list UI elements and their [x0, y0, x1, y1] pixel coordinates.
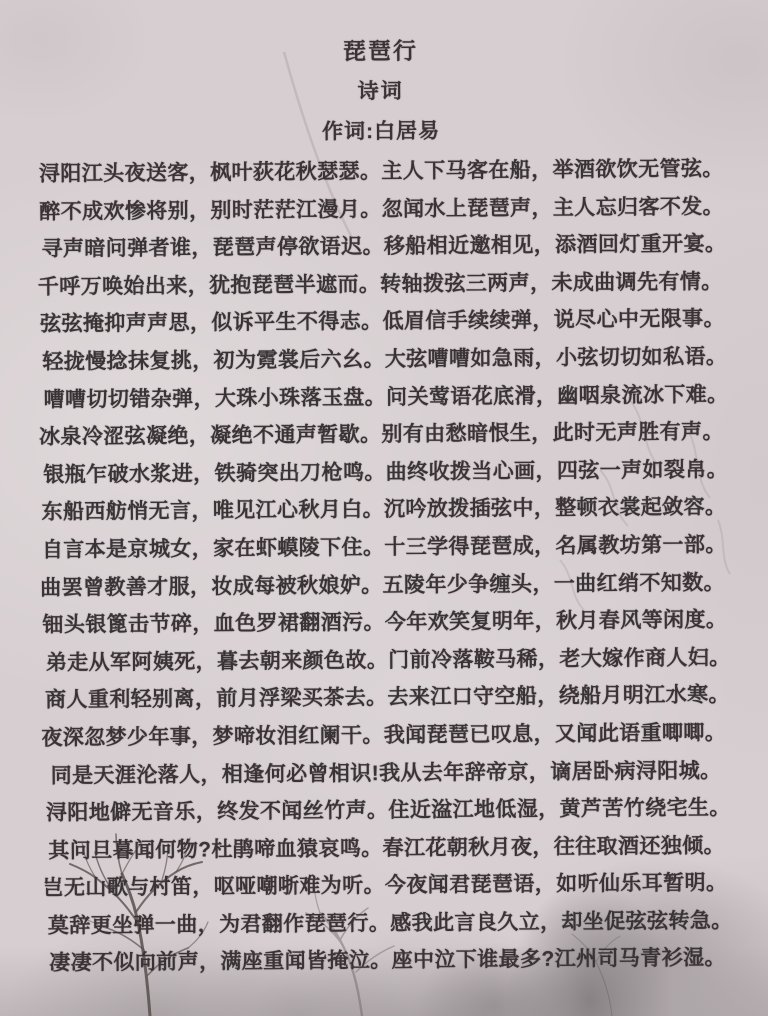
- poem-line: 东船西舫悄无言，唯见江心秋月白。沉吟放拨插弦中，整顿衣裳起敛容。: [0, 488, 768, 532]
- poem-title: 琵琶行: [0, 28, 765, 74]
- poem-line: 浔阳地僻无音乐，终发不闻丝竹声。住近湓江地低湿，黄芦苦竹绕宅生。: [4, 789, 768, 833]
- poem-line: 醉不成欢惨将别，别时茫茫江漫月。忽闻水上琵琶声，主人忘归客不发。: [0, 188, 766, 232]
- poem-content: 琵琶行 诗词 作词:白居易 浔阳江头夜送客，枫叶荻花秋瑟瑟。主人下马客在船，举酒…: [0, 0, 768, 1016]
- poem-line: 商人重利轻别离，前月浮梁买茶去。去来江口守空船，绕船月明江水寒。: [3, 676, 768, 720]
- poem-line: 浔阳江头夜送客，枫叶荻花秋瑟瑟。主人下马客在船，举酒欲饮无管弦。: [0, 150, 765, 194]
- poem-author: 作词:白居易: [0, 109, 765, 154]
- poem-line: 曲罢曾教善才服，妆成每被秋娘妒。五陵年少争缠头，一曲红绡不知数。: [0, 564, 767, 608]
- poem-line: 凄凄不似向前声，满座重闻皆掩泣。座中泣下谁最多?江州司马青衫湿。: [3, 939, 768, 983]
- poem-line: 冰泉冷涩弦凝绝，凝绝不通声暂歇。别有由愁暗恨生，此时无声胜有声。: [0, 413, 766, 457]
- poem-body: 浔阳江头夜送客，枫叶荻花秋瑟瑟。主人下马客在船，举酒欲饮无管弦。醉不成欢惨将别，…: [0, 150, 768, 983]
- poem-line: 钿头银篦击节碎，血色罗裙翻酒污。今年欢笑复明年，秋月春风等闲度。: [1, 601, 768, 645]
- poem-line: 同是天涯沦落人，相逢何必曾相识!我从去年辞帝京，谪居卧病浔阳城。: [2, 751, 768, 795]
- poem-line: 寻声暗问弹者谁，琵琶声停欲语迟。移船相近邀相见，添酒回灯重开宴。: [0, 225, 768, 269]
- poem-line: 夜深忽梦少年事，梦啼妆泪红阑干。我闻琵琶已叹息，又闻此语重唧唧。: [0, 714, 768, 758]
- poem-line: 其问旦暮闻何物?杜鹃啼血猿哀鸣。春江花朝秋月夜，往往取酒还独倾。: [3, 827, 768, 871]
- poem-line: 弦弦掩抑声声思，似诉平生不得志。低眉信手续续弹，说尽心中无限事。: [0, 300, 767, 344]
- poem-subtitle: 诗词: [0, 68, 765, 115]
- poem-line: 银瓶乍破水浆进，铁骑突出刀枪鸣。曲终收拨当心画，四弦一声如裂帛。: [2, 451, 768, 495]
- poem-header: 琵琶行 诗词 作词:白居易: [0, 0, 765, 154]
- poem-line: 莫辞更坐弹一曲，为君翻作琵琶行。感我此言良久立，却坐促弦弦转急。: [6, 902, 768, 946]
- poem-page: 琵琶行 诗词 作词:白居易 浔阳江头夜送客，枫叶荻花秋瑟瑟。主人下马客在船，举酒…: [0, 0, 768, 1016]
- poem-line: 岂无山歌与村笛，呕哑嘲哳难为听。今夜闻君琵琶语，如听仙乐耳暂明。: [1, 864, 768, 908]
- poem-line: 弟走从军阿姨死，暮去朝来颜色故。门前冷落鞍马稀，老大嫁作商人妇。: [4, 639, 768, 683]
- poem-line: 轻拢慢捻抹复挑，初为霓裳后六幺。大弦嘈嘈如急雨，小弦切切如私语。: [1, 338, 768, 382]
- poem-line: 千呼万唤始出来，犹抱琵琶半遮而。转轴拨弦三两声，未成曲调先有情。: [0, 263, 764, 307]
- poem-line: 自言本是京城女，家在虾蟆陵下住。十三学得琵琶成，名属教坊第一部。: [0, 526, 768, 570]
- poem-line: 嘈嘈切切错杂弹，大珠小珠落玉盘。问关莺语花底滑，幽咽泉流冰下难。: [2, 376, 768, 420]
